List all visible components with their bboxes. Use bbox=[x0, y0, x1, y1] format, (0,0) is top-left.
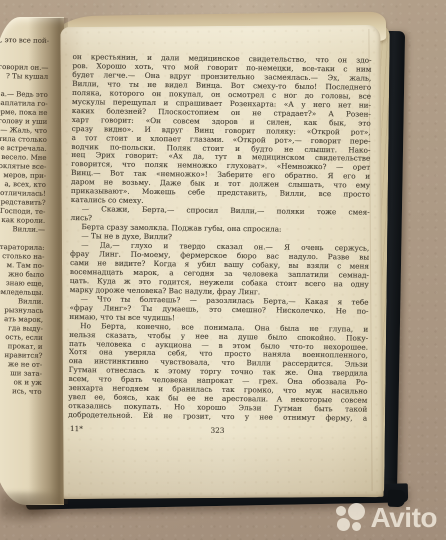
avito-logo-icon bbox=[336, 503, 366, 533]
book-photo: о, это все пой- говорил он.—? Ты кушал а… bbox=[0, 0, 446, 540]
avito-watermark: Avito bbox=[336, 503, 437, 533]
page-number: 323 bbox=[68, 425, 367, 438]
right-page: он крестьянин, и дали медицинское свидет… bbox=[60, 25, 383, 499]
text-line: добродетельной. Ей не грозит, что у нее … bbox=[68, 411, 367, 424]
right-page-text-block: он крестьянин, и дали медицинское свидет… bbox=[68, 53, 372, 439]
avito-wordmark: Avito bbox=[371, 504, 437, 532]
avito-dot-tiny-icon bbox=[352, 522, 361, 531]
avito-dot-medium-icon bbox=[337, 518, 350, 531]
avito-dot-large-icon bbox=[348, 503, 365, 520]
bottom-left-cast-shadow bbox=[0, 492, 68, 526]
right-page-lines: он крестьянин, и дали медицинское свидет… bbox=[68, 53, 371, 424]
page-footer: 11* 323 bbox=[68, 425, 367, 439]
avito-dot-small-icon bbox=[336, 506, 346, 516]
